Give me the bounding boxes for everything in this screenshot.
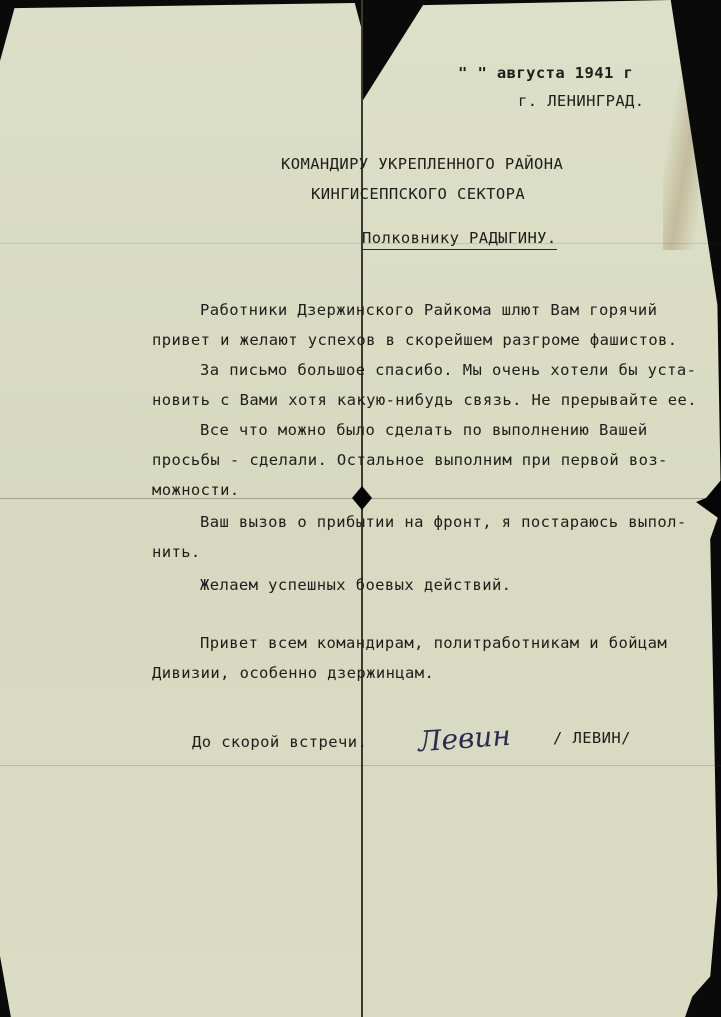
water-stain xyxy=(663,0,713,250)
fold-line-upper xyxy=(0,243,721,244)
body-line-9: нить. xyxy=(152,543,201,561)
body-line-11: Привет всем командирам, политработникам … xyxy=(200,634,667,652)
fold-line-lower xyxy=(0,765,721,766)
addressee-line-1: КОМАНДИРУ УКРЕПЛЕННОГО РАЙОНА xyxy=(281,155,563,173)
date-line: " " августа 1941 г xyxy=(458,64,633,82)
body-line-12: Дивизии, особенно дзержинцам. xyxy=(152,664,434,682)
body-line-7: можности. xyxy=(152,481,240,499)
paper-left-half xyxy=(0,0,362,1017)
body-line-3: За письмо большое спасибо. Мы очень хоте… xyxy=(200,361,696,379)
closing-line: До скорой встречи. xyxy=(192,733,367,751)
body-line-4: новить с Вами хотя какую-нибудь связь. Н… xyxy=(152,391,697,409)
typed-signature: / ЛЕВИН/ xyxy=(553,729,631,747)
handwritten-signature: Левин xyxy=(417,719,512,758)
body-line-2: привет и желают успехов в скорейшем разг… xyxy=(152,331,678,349)
body-line-10: Желаем успешных боевых действий. xyxy=(200,576,511,594)
addressee-line-2: КИНГИСЕППСКОГО СЕКТОРА xyxy=(311,185,525,203)
body-line-6: просьбы - сделали. Остальное выполним пр… xyxy=(152,451,668,469)
paper-right-half xyxy=(362,0,721,1017)
body-line-5: Все что можно было сделать по выполнению… xyxy=(200,421,648,439)
addressee-line-3: Полковнику РАДЫГИНУ. xyxy=(362,229,557,250)
body-line-1: Работники Дзержинского Райкома шлют Вам … xyxy=(200,301,657,319)
body-line-8: Ваш вызов о прибытии на фронт, я постара… xyxy=(200,513,687,531)
city-line: г. ЛЕНИНГРАД. xyxy=(518,92,645,110)
